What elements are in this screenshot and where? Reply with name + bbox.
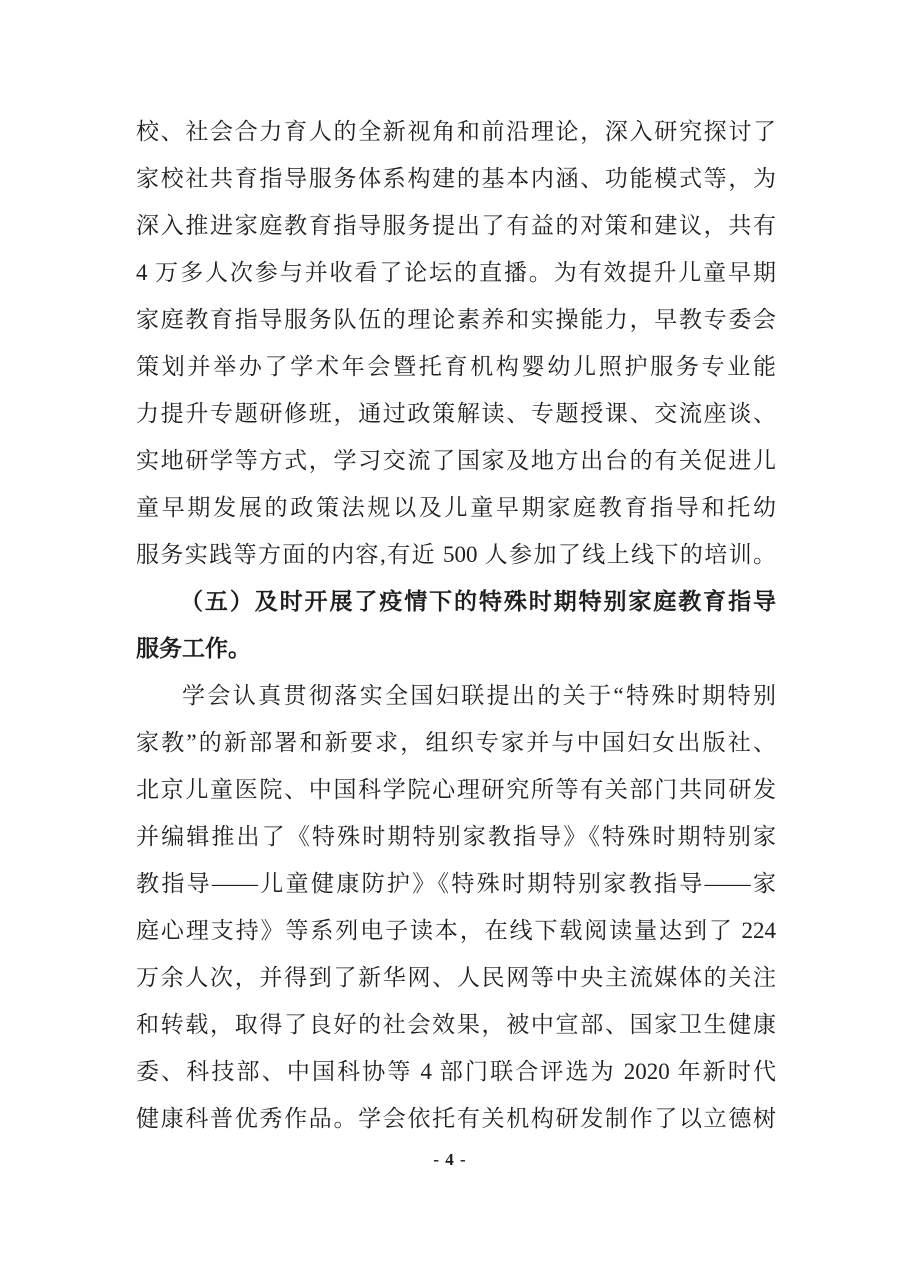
- page-number: - 4 -: [0, 1150, 900, 1170]
- text-line: 家校社共育指导服务体系构建的基本内涵、功能模式等，为: [136, 155, 776, 202]
- text-line: 校、社会合力育人的全新视角和前沿理论，深入研究探讨了: [136, 108, 776, 155]
- text-line: 庭心理支持》等系列电子读本，在线下载阅读量达到了 224: [136, 907, 776, 954]
- text-line: 万余人次，并得到了新华网、人民网等中央主流媒体的关注: [136, 954, 776, 1001]
- text-line: 力提升专题研修班，通过政策解读、专题授课、交流座谈、: [136, 390, 776, 437]
- text-line: 和转载，取得了良好的社会效果，被中宣部、国家卫生健康: [136, 1001, 776, 1048]
- text-line: 家教”的新部署和新要求，组织专家并与中国妇女出版社、: [136, 719, 776, 766]
- text-line: 深入推进家庭教育指导服务提出了有益的对策和建议，共有: [136, 202, 776, 249]
- text-line: 健康科普优秀作品。学会依托有关机构研发制作了以立德树: [136, 1095, 776, 1142]
- text-line: 家庭教育指导服务队伍的理论素养和实操能力，早教专委会: [136, 296, 776, 343]
- text-line: 服务实践等方面的内容,有近 500 人参加了线上线下的培训。: [136, 531, 776, 578]
- heading-line: （五）及时开展了疫情下的特殊时期特别家庭教育指导: [136, 578, 776, 625]
- text-line: 策划并举办了学术年会暨托育机构婴幼儿照护服务专业能: [136, 343, 776, 390]
- document-page: 校、社会合力育人的全新视角和前沿理论，深入研究探讨了家校社共育指导服务体系构建的…: [0, 0, 900, 1273]
- text-line: 4 万多人次参与并收看了论坛的直播。为有效提升儿童早期: [136, 249, 776, 296]
- text-line: 并编辑推出了《特殊时期特别家教指导》《特殊时期特别家: [136, 813, 776, 860]
- text-line: 北京儿童医院、中国科学院心理研究所等有关部门共同研发: [136, 766, 776, 813]
- text-line: 学会认真贯彻落实全国妇联提出的关于“特殊时期特别: [136, 672, 776, 719]
- heading-line: 服务工作。: [136, 625, 776, 672]
- text-line: 委、科技部、中国科协等 4 部门联合评选为 2020 年新时代: [136, 1048, 776, 1095]
- text-line: 实地研学等方式，学习交流了国家及地方出台的有关促进儿: [136, 437, 776, 484]
- text-line: 童早期发展的政策法规以及儿童早期家庭教育指导和托幼: [136, 484, 776, 531]
- text-line: 教指导——儿童健康防护》《特殊时期特别家教指导——家: [136, 860, 776, 907]
- text-block: 校、社会合力育人的全新视角和前沿理论，深入研究探讨了家校社共育指导服务体系构建的…: [136, 108, 776, 1142]
